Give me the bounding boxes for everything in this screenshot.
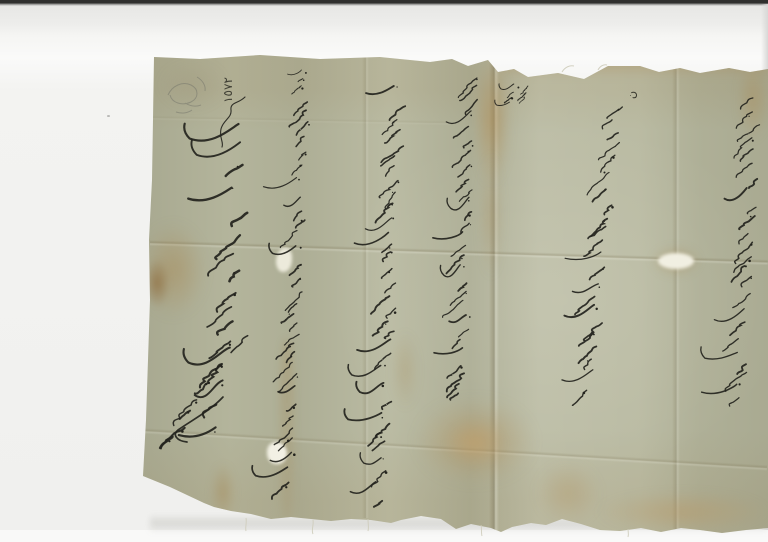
handwriting-line-2-bold [179,124,247,437]
handwriting-line-7-right-edge [701,98,760,406]
handwriting-line-6 [562,107,622,405]
manuscript-scan: ١٥٧٢ ن [0,0,768,542]
handwriting-note-small-a [495,84,520,106]
edge-fibers [246,65,629,537]
handwriting-note-col3-top [288,70,307,94]
handwriting-layer [0,0,768,542]
registry-number: ١٥٧٢ [220,68,236,112]
handwriting-note-small-b [518,86,528,104]
handwriting-line-3 [252,102,310,499]
handwriting-line-1-signature [160,336,248,449]
handwriting-line-5 [433,78,478,400]
pencil-stamp-marks [168,77,205,113]
nun-annotation: ن [624,83,640,107]
handwriting-line-4 [344,86,405,507]
